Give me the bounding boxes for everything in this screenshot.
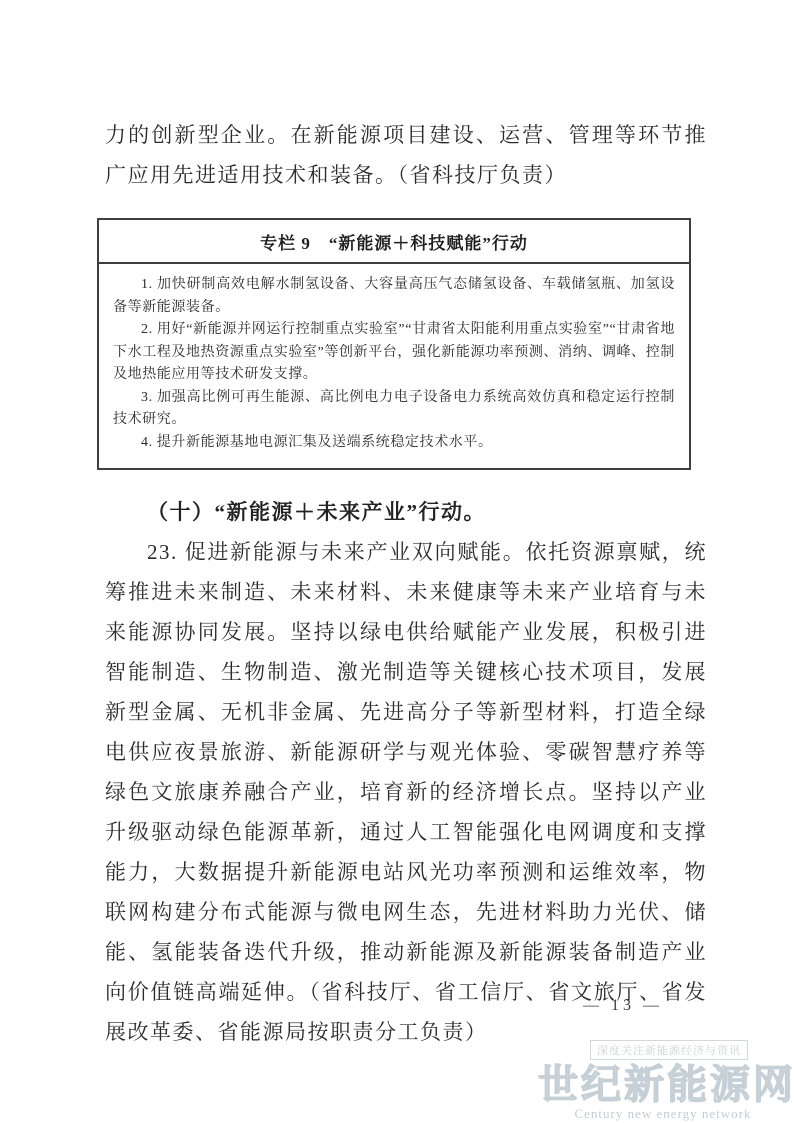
panel-item-2: 2. 用好“新能源并网运行控制重点实验室”“甘肃省太阳能利用重点实验室”“甘肃省… (113, 319, 675, 387)
watermark-brand-logo: 世纪新能源网 (538, 1062, 788, 1108)
section-heading-10: （十）“新能源＋未来产业”行动。 (105, 492, 707, 532)
watermark-subtitle: Century new energy network (538, 1106, 788, 1122)
site-watermark: 深度关注新能源经济与资讯 世纪新能源网 Century new energy n… (538, 1040, 788, 1122)
panel-body: 1. 加快研制高效电解水制氢设备、大容量高压气态储氢设备、车载储氢瓶、加氢设备等… (99, 264, 689, 468)
panel-item-1: 1. 加快研制高效电解水制氢设备、大容量高压气态储氢设备、车载储氢瓶、加氢设备等… (113, 274, 675, 319)
page-number: — 13 — (583, 997, 663, 1015)
column-9-panel: 专栏 9 “新能源＋科技赋能”行动 1. 加快研制高效电解水制氢设备、大容量高压… (97, 218, 691, 470)
intro-paragraph: 力的创新型企业。在新能源项目建设、运营、管理等环节推广应用先进适用技术和装备。（… (105, 115, 707, 195)
panel-item-3: 3. 加强高比例可再生能源、高比例电力电子设备电力系统高效仿真和稳定运行控制技术… (113, 387, 675, 432)
panel-item-4: 4. 提升新能源基地电源汇集及送端系统稳定技术水平。 (113, 432, 675, 455)
document-content: 力的创新型企业。在新能源项目建设、运营、管理等环节推广应用先进适用技术和装备。（… (105, 115, 707, 1052)
paragraph-23: 23. 促进新能源与未来产业双向赋能。依托资源禀赋，统筹推进未来制造、未来材料、… (105, 532, 707, 1052)
panel-title: 专栏 9 “新能源＋科技赋能”行动 (99, 220, 689, 264)
document-page: 力的创新型企业。在新能源项目建设、运营、管理等环节推广应用先进适用技术和装备。（… (0, 0, 794, 1123)
